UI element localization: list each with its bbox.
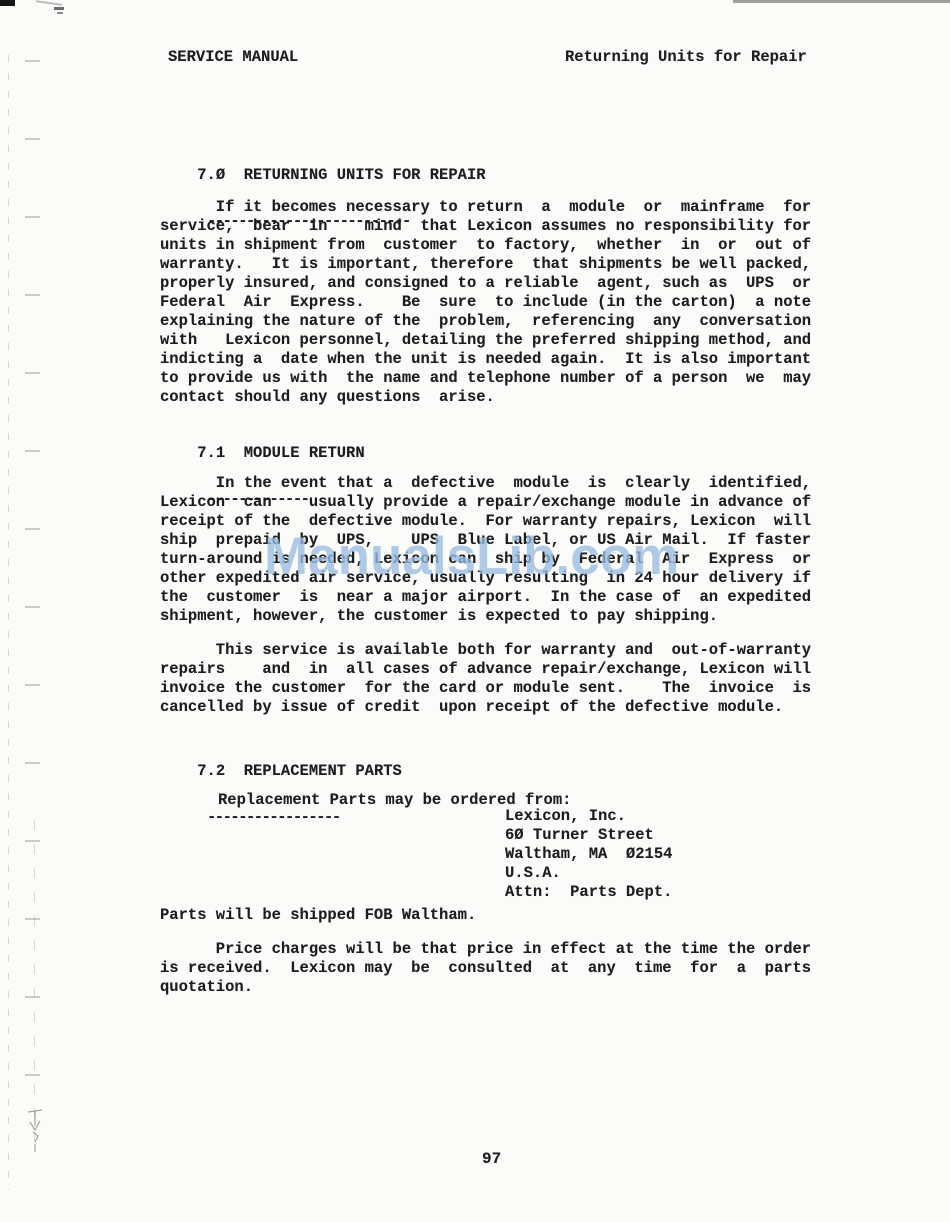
scan-artifact-mark	[57, 12, 63, 14]
scan-artifact-corner-bar	[0, 0, 15, 6]
header-chapter-title: Returning Units for Repair	[565, 48, 807, 67]
scan-artifact-mark	[54, 7, 64, 10]
scan-artifact-squiggle	[36, 0, 62, 6]
scan-artifact-edge-streak	[733, 0, 950, 3]
section-heading-text: 7.2 REPLACEMENT PARTS	[197, 762, 402, 780]
scan-artifact-margin-line	[34, 820, 35, 1150]
paragraph: This service is available both for warra…	[160, 641, 811, 717]
scan-artifact-margin-ticks	[25, 60, 40, 1150]
scanned-manual-page: SERVICE MANUAL Returning Units for Repai…	[0, 0, 950, 1222]
mailing-address-block: Lexicon, Inc. 6Ø Turner Street Waltham, …	[505, 807, 672, 902]
page-number: 97	[482, 1150, 501, 1169]
scan-artifact-margin-line	[8, 55, 9, 1190]
scan-artifact-scribble	[24, 1106, 58, 1154]
section-heading-text: 7.1 MODULE RETURN	[197, 444, 364, 462]
paragraph: Price charges will be that price in effe…	[160, 940, 811, 997]
paragraph: If it becomes necessary to return a modu…	[160, 198, 811, 407]
section-heading-text: 7.Ø RETURNING UNITS FOR REPAIR	[197, 166, 485, 184]
shipping-note: Parts will be shipped FOB Waltham.	[160, 906, 476, 925]
manualslib-watermark: ManualsLib.com	[264, 526, 679, 587]
header-doc-title: SERVICE MANUAL	[168, 48, 298, 67]
